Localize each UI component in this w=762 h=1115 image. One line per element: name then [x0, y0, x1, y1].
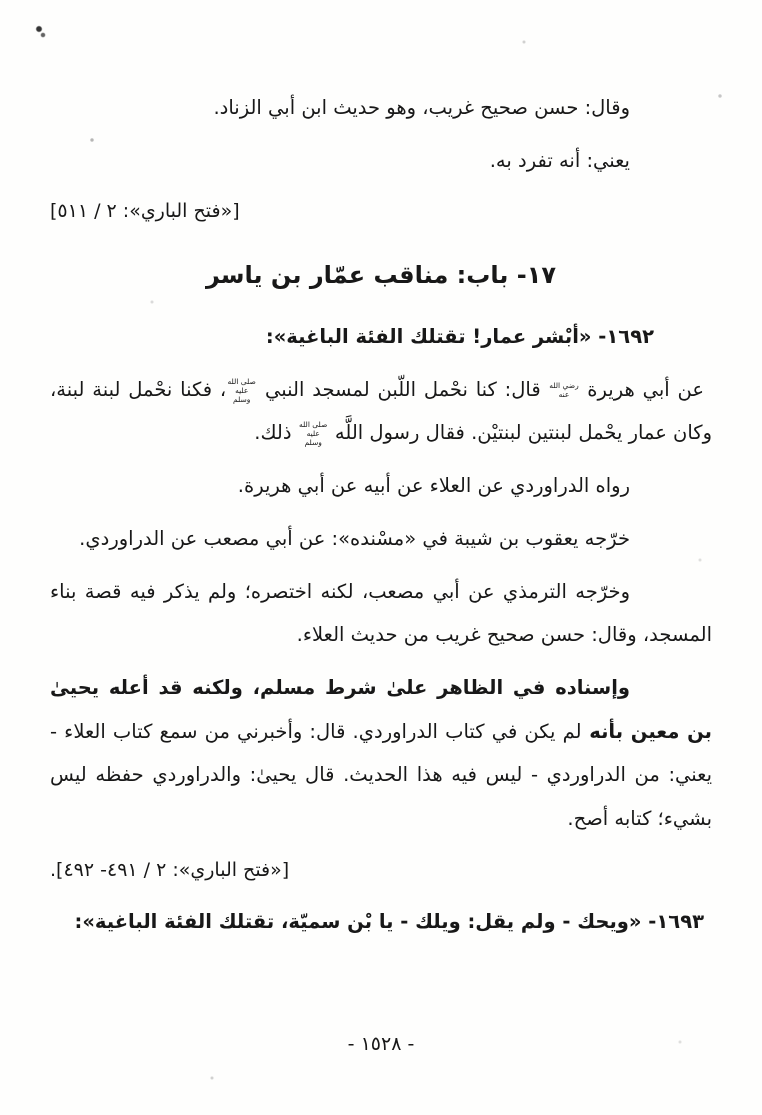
book-page: وقال: حسن صحيح غريب، وهو حديث ابن أبي ال…: [0, 0, 762, 1115]
matn-part1: قال: كنا نحْمل اللّبن لمسجد النبي: [257, 378, 548, 401]
hadith-1692-matn: عن أبي هريرة رضي الله عنه قال: كنا نحْمل…: [50, 368, 712, 455]
hadith-1692-headline: ١٦٩٢- «أبْشر عمار! تقتلك الفئة الباغية»:: [50, 315, 712, 359]
fath-albari-citation-2: [«فتح الباري»: ٢ / ٤٩١- ٤٩٢].: [50, 850, 712, 892]
salla-allahu-alayhi-wasallam-mark: صلى الله عليه وسلم: [298, 420, 329, 447]
chapter-heading: ١٧- باب: مناقب عمّار بن ياسر: [50, 257, 712, 293]
isnad-assessment: وإسناده في الظاهر علىٰ شرط مسلم، ولكنه ق…: [50, 666, 712, 841]
grading-line: وقال: حسن صحيح غريب، وهو حديث ابن أبي ال…: [50, 86, 712, 130]
takhrij-line-3: وخرّجه الترمذي عن أبي مصعب، لكنه اختصره؛…: [50, 570, 712, 657]
matn-part3: ذلك.: [254, 421, 297, 444]
page-number: - ١٥٢٨ -: [0, 1033, 762, 1055]
matn-narrator: عن أبي هريرة: [579, 378, 704, 401]
tafarrud-note-line: يعني: أنه تفرد به.: [50, 139, 712, 183]
page-content: وقال: حسن صحيح غريب، وهو حديث ابن أبي ال…: [0, 0, 762, 944]
radi-allahu-anhu-mark: رضي الله عنه: [548, 381, 579, 399]
fath-albari-citation-1: [«فتح الباري»: ٢ / ٥١١]: [50, 191, 712, 233]
salla-allahu-alayhi-wasallam-mark: صلى الله عليه وسلم: [226, 377, 257, 404]
takhrij-line-2: خرّجه يعقوب بن شيبة في «مسْنده»: عن أبي …: [50, 517, 712, 561]
takhrij-line-1: رواه الدراوردي عن العلاء عن أبيه عن أبي …: [50, 464, 712, 508]
hadith-1693-headline: ١٦٩٣- «ويحك - ولم يقل: ويلك - يا بْن سمي…: [50, 900, 712, 944]
